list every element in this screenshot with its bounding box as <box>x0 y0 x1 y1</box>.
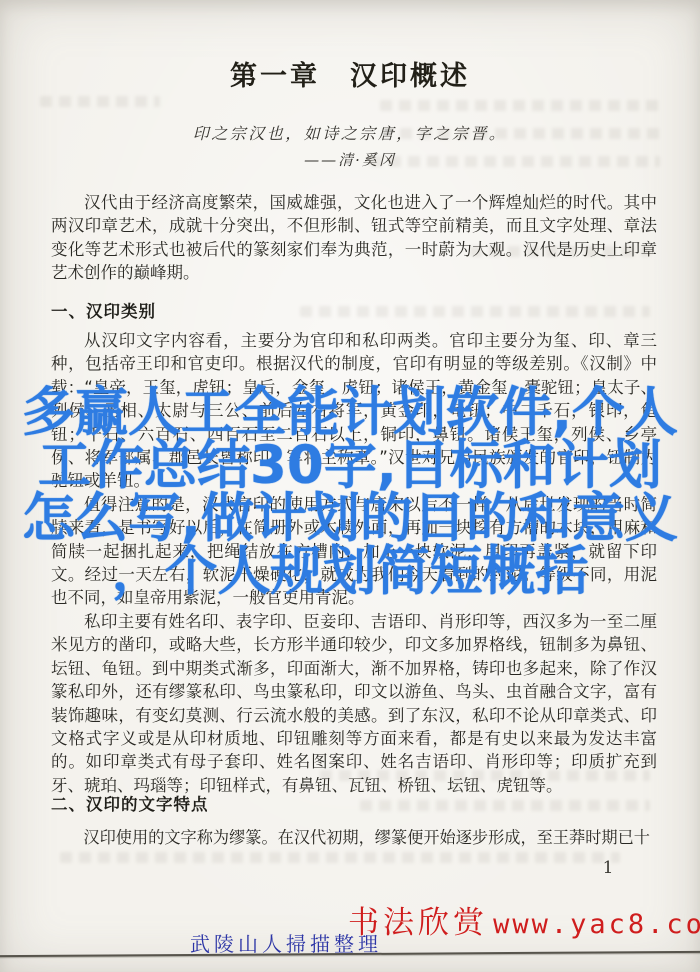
section1-heading: 一、汉印类别 <box>51 298 156 322</box>
watermark-line-3: 怎么写,做计划的目的和意义 <box>0 492 700 545</box>
chapter-title: 第一章 汉印概述 <box>0 54 700 93</box>
epigraph-attribution: ——清·奚冈 <box>0 149 700 170</box>
intro-paragraph-block: 汉代由于经济高度繁荣，国威雄强，文化也进入了一个辉煌灿烂的时代。其中两汉印章艺术… <box>51 191 657 285</box>
scanned-book-page: 第一章 汉印概述 印之宗汉也，如诗之宗唐，字之宗晋。 ——清·奚冈 汉代由于经济… <box>0 0 700 972</box>
watermark-line-4: ，个人规划简短概括 <box>0 545 700 598</box>
bleedthrough-ghost-row <box>380 100 660 111</box>
section2-para1: 汉印使用的文字称为缪篆。在汉代初期，缪篆便开始逐步形成，至王莽时期已十 <box>51 826 657 849</box>
bleedthrough-ghost-row <box>360 800 650 811</box>
section2-heading: 二、汉印的文字特点 <box>51 791 209 815</box>
site-url: www.yac8.com <box>493 909 700 940</box>
intro-paragraph: 汉代由于经济高度繁荣，国威雄强，文化也进入了一个辉煌灿烂的时代。其中两汉印章艺术… <box>51 191 657 285</box>
bleedthrough-ghost-row <box>60 852 620 863</box>
bleedthrough-ghost-row <box>300 306 650 317</box>
watermark-line-1: 多赢人工全能计划软件,个人 <box>0 386 700 439</box>
blue-spam-watermark: 多赢人工全能计划软件,个人 工作总结30字,目标和计划 怎么写,做计划的目的和意… <box>0 386 700 598</box>
bleedthrough-ghost-row <box>40 96 160 107</box>
section1-para3: 私印主要有姓名印、表字印、臣妾印、吉语印、肖形印等，西汉多为一至二厘米见方的凿印… <box>51 610 657 797</box>
epigraph-quote: 印之宗汉也，如诗之宗唐，字之宗晋。 <box>0 121 700 144</box>
section2-body: 汉印使用的文字称为缪篆。在汉代初期，缪篆便开始逐步形成，至王莽时期已十 <box>51 826 657 849</box>
site-watermark: 书法欣赏 www.yac8.com <box>348 897 700 942</box>
watermark-line-2: 工作总结30字,目标和计划 <box>0 439 700 492</box>
page-number: 1 <box>596 858 620 878</box>
